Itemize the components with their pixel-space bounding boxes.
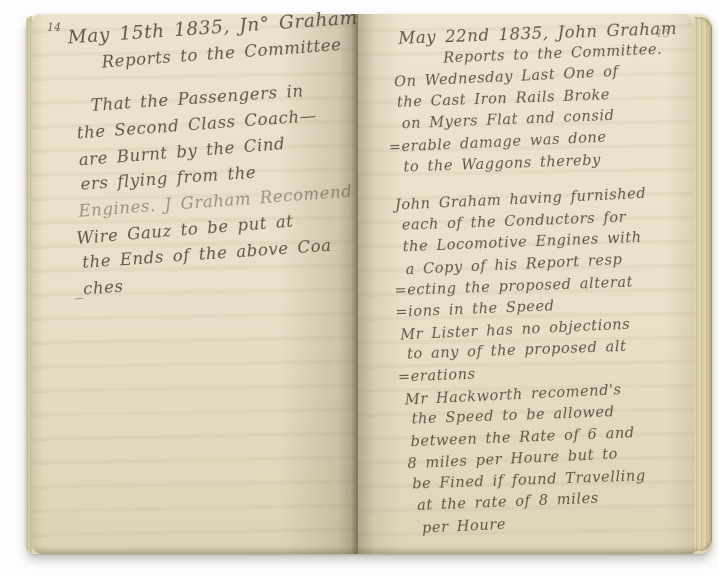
page-edges-right	[694, 17, 712, 551]
manuscript-book: 14 May 15th 1835, Jn° GrahamReports to t…	[26, 14, 712, 554]
left-page: 14 May 15th 1835, Jn° GrahamReports to t…	[31, 14, 358, 554]
photo-background: 14 May 15th 1835, Jn° GrahamReports to t…	[0, 0, 718, 576]
left-page-text: May 15th 1835, Jn° GrahamReports to the …	[55, 5, 371, 303]
right-page-text: May 22nd 1835, John GrahamReports to the…	[384, 17, 696, 540]
right-page: 15 May 22nd 1835, John GrahamReports to …	[358, 14, 694, 554]
page-edges-bottom	[34, 546, 698, 554]
